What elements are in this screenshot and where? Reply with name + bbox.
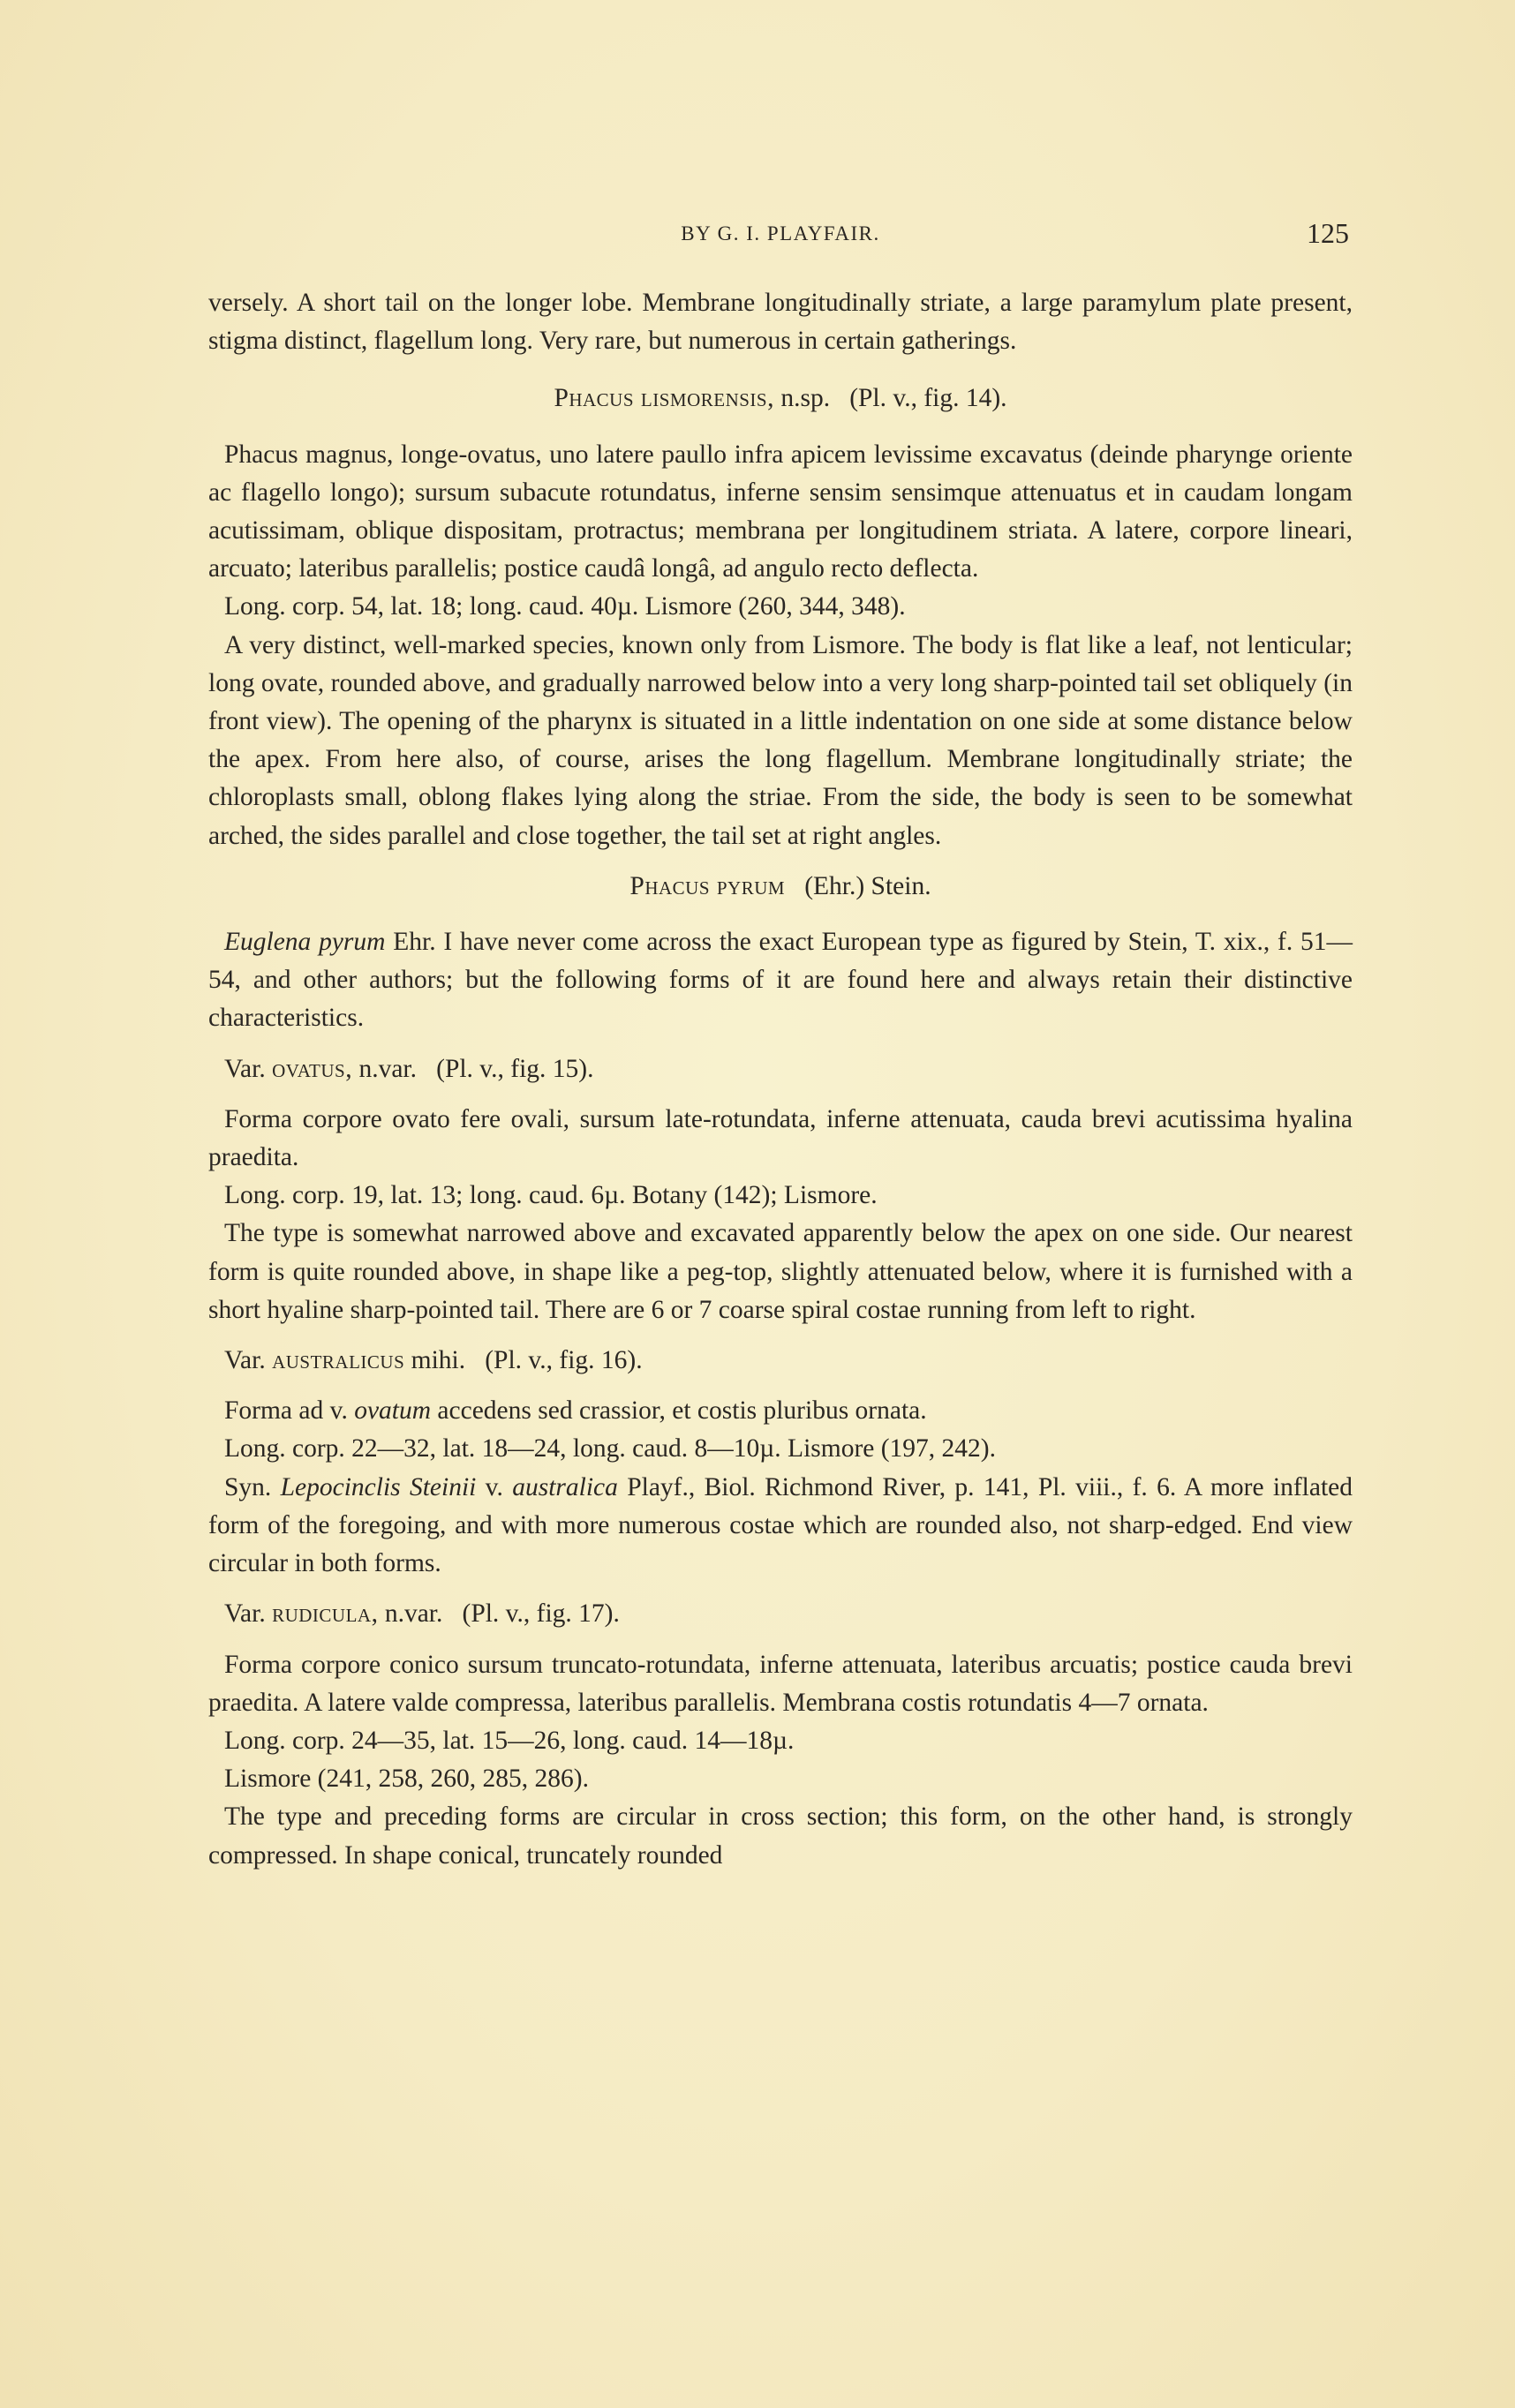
book-page: BY G. I. PLAYFAIR. 125 versely. A short … — [0, 0, 1515, 2408]
measurements: Long. corp. 19, lat. 13; long. caud. 6µ.… — [208, 1177, 1353, 1215]
paragraph-text: v. — [476, 1473, 512, 1501]
species-heading-phacus-lismorensis: Phacus lismorensis, n.sp. (Pl. v., fig. … — [208, 380, 1353, 418]
paragraph-continuation: versely. A short tail on the longer lobe… — [208, 284, 1353, 360]
variety-heading-ovatus: Var. ovatus, n.var. (Pl. v., fig. 15). — [208, 1050, 1353, 1088]
variety-reference: n.var. (Pl. v., fig. 15). — [352, 1055, 593, 1083]
italic-name: australica — [512, 1473, 618, 1501]
paragraph-text: Forma ad v. — [224, 1396, 354, 1425]
variety-name: ovatus, — [272, 1055, 352, 1083]
species-reference: n.sp. (Pl. v., fig. 14). — [774, 384, 1007, 412]
variety-reference: mihi. (Pl. v., fig. 16). — [404, 1346, 642, 1374]
page-number: 125 — [1307, 217, 1349, 250]
variety-reference: n.var. (Pl. v., fig. 17). — [378, 1599, 619, 1628]
italic-name: ovatum — [354, 1396, 431, 1425]
latin-diagnosis: Phacus magnus, longe-ovatus, uno latere … — [208, 436, 1353, 589]
description-paragraph: A very distinct, well-marked species, kn… — [208, 627, 1353, 855]
measurements: Long. corp. 24—35, lat. 15—26, long. cau… — [208, 1722, 1353, 1760]
body-text: versely. A short tail on the longer lobe… — [208, 284, 1353, 1875]
paragraph-text: Syn. — [224, 1473, 281, 1501]
description-paragraph: The type and preceding forms are circula… — [208, 1798, 1353, 1874]
paragraph-text: accedens sed crassior, et costis pluribu… — [431, 1396, 927, 1425]
species-name: Phacus pyrum — [629, 872, 785, 900]
running-title: BY G. I. PLAYFAIR. — [212, 222, 1349, 245]
description-paragraph: The type is somewhat narrowed above and … — [208, 1215, 1353, 1329]
locality: Lismore (241, 258, 260, 285, 286). — [208, 1760, 1353, 1798]
var-prefix: Var. — [224, 1599, 272, 1628]
measurements: Long. corp. 22—32, lat. 18—24, long. cau… — [208, 1430, 1353, 1468]
variety-heading-rudicula: Var. rudicula, n.var. (Pl. v., fig. 17). — [208, 1595, 1353, 1633]
italic-name: Lepocinclis Steinii — [281, 1473, 477, 1501]
synonym-name: Euglena pyrum — [224, 928, 385, 956]
var-prefix: Var. — [224, 1346, 272, 1374]
variety-name: australicus — [272, 1346, 404, 1374]
synonymy-paragraph: Syn. Lepocinclis Steinii v. australica P… — [208, 1469, 1353, 1584]
measurements: Long. corp. 54, lat. 18; long. caud. 40µ… — [208, 588, 1353, 626]
species-heading-phacus-pyrum: Phacus pyrum (Ehr.) Stein. — [208, 868, 1353, 906]
latin-diagnosis: Forma corpore ovato fere ovali, sursum l… — [208, 1101, 1353, 1177]
variety-name: rudicula, — [272, 1599, 378, 1628]
running-header: BY G. I. PLAYFAIR. 125 — [212, 217, 1349, 252]
latin-diagnosis: Forma ad v. ovatum accedens sed crassior… — [208, 1392, 1353, 1430]
latin-diagnosis: Forma corpore conico sursum truncato-rot… — [208, 1646, 1353, 1722]
var-prefix: Var. — [224, 1055, 272, 1083]
species-authority: (Ehr.) Stein. — [785, 872, 931, 900]
synonym-paragraph: Euglena pyrum Ehr. I have never come acr… — [208, 923, 1353, 1038]
variety-heading-australicus: Var. australicus mihi. (Pl. v., fig. 16)… — [208, 1342, 1353, 1380]
species-name: Phacus lismorensis, — [554, 384, 774, 412]
